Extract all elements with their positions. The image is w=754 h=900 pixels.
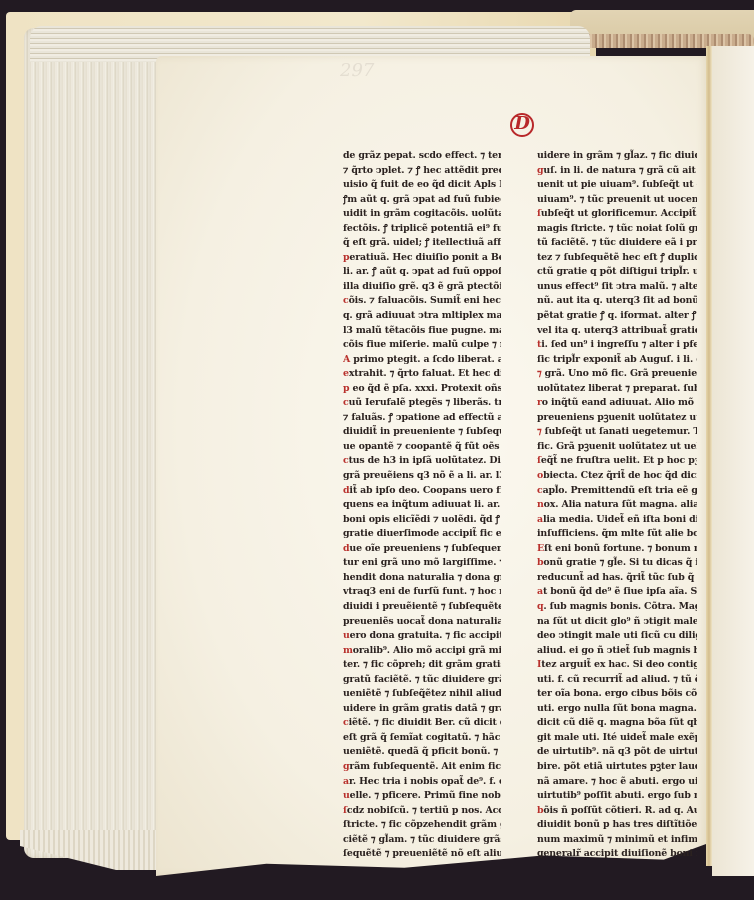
text-line: uiuam⁹. ⁊ tũc preuenit ut uocemur. tunc	[537, 193, 697, 208]
rubricated-initial: u	[343, 630, 350, 641]
text-line: tur eni grã uno mõ largiſſime. ⁊ fic cõp	[343, 556, 501, 571]
text-line: pẽtat gratie ꝭ q. iformat. alter ꝭ q. mo…	[537, 309, 697, 324]
text-line: preueniens pꝫuenit uolũtatez ut ſanemur.	[537, 411, 697, 426]
text-line: uidere in grãm ⁊ gl̃az. ⁊ fic diuidit Au	[537, 149, 697, 164]
text-line: q. ſub magnis bonis. Cõtra. Magna bo	[537, 600, 697, 615]
rubricated-initial: c	[343, 455, 349, 466]
rubricated-initial: c	[343, 397, 349, 408]
rubricated-initial: ⁊	[537, 368, 542, 379]
text-line: uirtutib⁹ poſſit abuti. ergo ſub magnis	[537, 789, 697, 804]
text-line: na ſũt ut dicit glo⁹ ñ ↄtigit male uti. …	[537, 615, 697, 630]
text-line: ꝭm aũt q. grã ↄpat ad fuũ fubiectũ fic d…	[343, 193, 501, 208]
text-line: uolũtatez liberat ⁊ preparat. ſubſeq̃ns …	[537, 382, 697, 397]
rubricated-initial: b	[537, 805, 543, 816]
text-line: ſubſeq̃t ut glorificemur. Accipit̃ ⁊ grã	[537, 207, 697, 222]
text-line: ciẽtẽ ⁊ gl̃am. ⁊ tũc diuidere grãs i ſub	[343, 833, 501, 848]
text-line: ⁊ faluãs. ꝭ ↄpatione ad effectũ ad quẽ e…	[343, 411, 501, 426]
text-line: dit̃ ab ipſo deo. Coopans uero fiue ſubſ…	[343, 484, 501, 499]
rubricated-initial: u	[343, 790, 350, 801]
text-line: git male uti. Ité uidet̃ male exẽplifica…	[537, 731, 697, 746]
rubricated-initial: c	[343, 717, 349, 728]
text-line: moralib⁹. Alio mõ accipi grã minus cõi	[343, 644, 501, 659]
text-line: quens ea inq̃tum adiuuat li. ar. reſpect…	[343, 498, 501, 513]
text-line: eſt grã q̃ ſemĩat cogitatũ. ⁊ hãc uocat …	[343, 731, 501, 746]
text-line: num maximũ ⁊ minimũ et infimum. nõ	[537, 833, 697, 848]
rubricated-initial: p	[343, 252, 349, 263]
text-line: reducunt̃ ad has. q̃rit̃ tũc ſub q̃ iſto…	[537, 571, 697, 586]
text-line: ciẽtẽ. ⁊ fic diuidit Ber. cũ dicit q. q̃…	[343, 716, 501, 731]
text-line: Itez arguit̃ ex hac. Si deo contigit mal…	[537, 658, 697, 673]
rubricated-initial: p	[343, 383, 349, 394]
text-line: cuũ Ierufalẽ ptegẽs ⁊ liberãs. traĩcies	[343, 396, 501, 411]
text-line: obiecta. Ctez q̃rit̃ de hoc q̃d dicit ſc…	[537, 469, 697, 484]
rubricated-initial: q	[537, 601, 543, 612]
text-line: extrahit. ⁊ q̃rto faluat. Et hec diſio f…	[343, 367, 501, 382]
text-line: ueniẽtẽ. quedã q̃ pficit bonũ. ⁊ hanc di…	[343, 745, 501, 760]
rubricated-initial: c	[537, 485, 543, 496]
text-line: ctũ gratie q põt diſtigui tripl̃r. uel i…	[537, 265, 697, 280]
rubricated-initial: g	[537, 165, 543, 176]
text-line: deo ↄtingit male uti ſicũ cu diligit̃ pt…	[537, 629, 697, 644]
ghost-folio-number: 297	[340, 60, 374, 81]
rubricated-initial: ſ	[537, 208, 541, 219]
text-line: Eſt eni bonũ fortune. ⁊ bonum nature. ⁊	[537, 542, 697, 557]
rubricated-initial: a	[343, 776, 349, 787]
rubricated-initial: o	[537, 470, 543, 481]
text-line: grãm fubſequentẽ. Ait enim fic i li. de …	[343, 760, 501, 775]
rubricated-initial: ſ	[537, 455, 541, 466]
text-line: ſcdz nobiſcũ. ⁊ tertiũ p nos. Accipit̃ ⁊…	[343, 804, 501, 819]
text-line: uero dona gratuita. ⁊ fic accipit Greg i	[343, 629, 501, 644]
text-line: li. ar. ꝭ aũt q. ↄpat ad fuũ oppoſitũ. f…	[343, 265, 501, 280]
text-line: cõis fiue miſerie. malũ culpe ⁊ malũ ſeq…	[343, 338, 501, 353]
text-line: ti. ſed un⁹ i ingreſſu ⁊ alter i pfectu.…	[537, 338, 697, 353]
rubricated-initial: n	[537, 499, 544, 510]
rubricated-initial: a	[537, 586, 543, 597]
text-line: p eo q̃d ẽ pſa. xxxi. Protexit oñs exerc…	[343, 382, 501, 397]
text-line: illa diuiſio grẽ. q3 ẽ grã ptectõis. lib…	[343, 280, 501, 295]
text-line: q̃ eſt grã. uidel; ꝭ itellectiuã affecti…	[343, 236, 501, 251]
text-line: capl̃o. Premittendũ eſt tria eẽ genera b…	[537, 484, 697, 499]
text-line: A primo ptegit. a ſcdo liberat. a tertio	[343, 353, 501, 368]
text-line: uisio q̃ fuit de eo q̃d dicit Apls Ro. v…	[343, 178, 501, 193]
text-line: vel ita q. uterq3 attribuat̃ gratie moue…	[537, 324, 697, 339]
page-stack-edges	[24, 28, 174, 858]
text-line: diuidit bonũ p has tres diſtĩtiões. ſ. p…	[537, 818, 697, 833]
rubricated-initial: b	[537, 557, 543, 568]
text-line: preueniẽs uocat̃ dona naturalia. ſubſeq̃…	[343, 615, 501, 630]
text-line: ro inq̃tũ eand adiuuat. Alio mõ fic. Grã	[537, 396, 697, 411]
rubricated-initial: a	[537, 514, 543, 525]
text-line: bõis ñ poſſũt cõtieri. R. ad q. Aug⁹. cũ	[537, 804, 697, 819]
text-line: dicit cũ diẽ q. magna bõa ſũt qb⁹ ñ cõti	[537, 716, 697, 731]
text-column-left: de grãz pepat. scdo effect. ⁊ tertio ↄfe…	[343, 149, 501, 862]
text-line: due oĩe preueniens ⁊ ſubſequens Accipi	[343, 542, 501, 557]
rubricated-initial: d	[343, 543, 349, 554]
text-line: tez ⁊ ſubſequẽtẽ hec eſt ꝭ duplicez effe	[537, 251, 697, 266]
text-line: ſtricte. ⁊ fic cõpzehendit grãm gratũ fa	[343, 818, 501, 833]
rubricated-initial: E	[537, 543, 544, 554]
text-line: fectõis. ꝭ triplicẽ potentiã ei⁹ fubftãt…	[343, 222, 501, 237]
text-line: uti. ergo nulla ſũt bona magna. Sim ergo	[537, 702, 697, 717]
text-line: nũ. aut ita q. uterq3 ſit ad bonũ l3 un⁹…	[537, 294, 697, 309]
text-line: bonũ gratie ⁊ gl̃e. Si tu dicas q̃ ille …	[537, 556, 697, 571]
rubricated-initial: ſ	[343, 805, 347, 816]
text-line: gratũ faciẽtẽ. ⁊ tũc diuidere grãs i pre	[343, 673, 501, 688]
text-line: ter oĩa bona. ergo cibus bõis cõtigit ma…	[537, 687, 697, 702]
text-line: ⁊ ſubſeq̃t ut ſanati uegetemur. Tercio m…	[537, 425, 697, 440]
text-line: at bonũ q̃d de⁹ ẽ ſiue ipſa aĩa. Si tu d…	[537, 585, 697, 600]
text-line: ctus de h3 in ipſã uolũtatez. Dicit̃ eni…	[343, 454, 501, 469]
rubricated-initial: c	[343, 295, 349, 306]
text-line: guſ. in li. de natura ⁊ grã cũ ait Grã p…	[537, 164, 697, 179]
text-line: ⁊ grã. Uno mõ fic. Grã preueniens bõa	[537, 367, 697, 382]
text-line: ueniẽtẽ ⁊ ſubſeq̃ẽtez nihil aliud ẽ q̃ d…	[343, 687, 501, 702]
book-scene: ẽiadeſigecrãaadoarr 297 D de grãz pepat.…	[0, 0, 754, 900]
text-line: ſic tripl̃r exponit̃ ab Auguſ. i li. d n…	[537, 353, 697, 368]
rubricated-initial: m	[343, 645, 353, 656]
text-column-right: uidere in grãm ⁊ gl̃az. ⁊ fic diuidit Au…	[537, 149, 697, 862]
text-line: inſufficiens. q̃m mlte ſũt alie bonox di…	[537, 527, 697, 542]
text-line: ar. Hec tria i nobis opat̃ de⁹. f. cogit…	[343, 775, 501, 790]
text-line: gratie diuerſimode accipit̃ fic etiã ⁊ i…	[343, 527, 501, 542]
text-line: diuidi i preuẽientẽ ⁊ ſubſequẽtem. itaq;	[343, 600, 501, 615]
text-line: nox. Alia natura ſũt magna. alia mima.	[537, 498, 697, 513]
text-line: generalr̃ accipit diuiſionẽ boni ſed eiu…	[537, 847, 697, 862]
text-line: aliud. ei go ñ ↄtiet̃ ſub magnis bonis.	[537, 644, 697, 659]
text-line: uti. f. cũ recurrit̃ ad aliud. ⁊ tũ ẽ cp…	[537, 673, 697, 688]
text-line: uidere in grãm gratis datã ⁊ gratũ fa	[343, 702, 501, 717]
text-line: uenit ut pie uiuam⁹. ſubſeq̃t ut cũ illa…	[537, 178, 697, 193]
text-line: uidit in grãm cogitacõis. uolũtatis. ⁊ p	[343, 207, 501, 222]
text-line: fic. Grã pꝫuenit uolũtatez ut uelit. ⁊ ſ…	[537, 440, 697, 455]
text-line: alia media. Uidet̃ eñ iſta boni diuiſio …	[537, 513, 697, 528]
text-line: nã amare. ⁊ hoc ẽ abuti. ergo uidetur q.	[537, 775, 697, 790]
text-line: cõis. ⁊ faluacõis. Sumit̃ eni hec diuiſi…	[343, 294, 501, 309]
recto-page-edge: ẽiadeſigecrãaadoarr	[712, 46, 754, 876]
rubricated-initial: ⁊	[537, 426, 542, 437]
rubricated-initial: I	[537, 659, 541, 670]
text-line: boni opis elicĩẽdi ⁊ uolẽdi. q̃d ꝭ q. no…	[343, 513, 501, 528]
rubricated-initial: g	[343, 761, 349, 772]
text-line: uelle. ⁊ pficere. Primũ fine nobis opat̃…	[343, 789, 501, 804]
text-line: tũ faciẽtẽ. ⁊ tũc diuidere eã i preuẽien	[537, 236, 697, 251]
text-line: de uirtutib⁹. nã q3 põt de uirtutib⁹ ſup	[537, 745, 697, 760]
text-line: bire. põt etiã uirtutes pꝫter laudẽ hũa	[537, 760, 697, 775]
text-line: l3 malũ tẽtacõis fiue pugne. malũ pfecu	[343, 324, 501, 339]
text-line: ue opantẽ ⁊ coopantẽ q̃ fũt oẽs grĩe ꝭ e…	[343, 440, 501, 455]
text-line: peratiuã. Hec diuiſio ponit a Ber. i li.…	[343, 251, 501, 266]
text-line: de grãz pepat. scdo effect. ⁊ tertio ↄfe…	[343, 149, 501, 164]
rubricated-initial: e	[343, 368, 349, 379]
text-line: q. grã adiuuat ↄtra mltiplex malũ. unde	[343, 309, 501, 324]
text-line: ſequẽtẽ ⁊ preueniẽtẽ nõ eſt aliud q̃3 di	[343, 847, 501, 862]
text-line: unus effect⁹ ſit ↄtra malũ. ⁊ alter ad b…	[537, 280, 697, 295]
text-line: magis ſtricte. ⁊ tũc noiat ſolũ grãm gra	[537, 222, 697, 237]
rubricated-initial: t	[537, 339, 541, 350]
text-line: hendit dona naturalia ⁊ dona gratuita.	[343, 571, 501, 586]
rubricated-folio-mark: D	[510, 113, 534, 137]
rubricated-initial: d	[343, 485, 349, 496]
rubricated-initial: A	[343, 354, 350, 365]
text-line: diuidit̃ in preueniente ⁊ ſubſequente fi	[343, 425, 501, 440]
text-line: grã preuẽiens q3 nõ ẽ a li. ar. l3 p eã …	[343, 469, 501, 484]
text-line: ⁊ q̃rto ↄplet. ⁊ ꝭ hec attẽdit predicta …	[343, 164, 501, 179]
text-line: vtraq3 eni de furſũ funt. ⁊ hoc mõ grã h…	[343, 585, 501, 600]
text-line: ter. ⁊ fic cõpreh; dit grãm gratis datã …	[343, 658, 501, 673]
text-line: ſeq̃t̃ ne fruſtra uelit. Et p hoc pʒ rño…	[537, 454, 697, 469]
rubricated-initial: r	[537, 397, 542, 408]
